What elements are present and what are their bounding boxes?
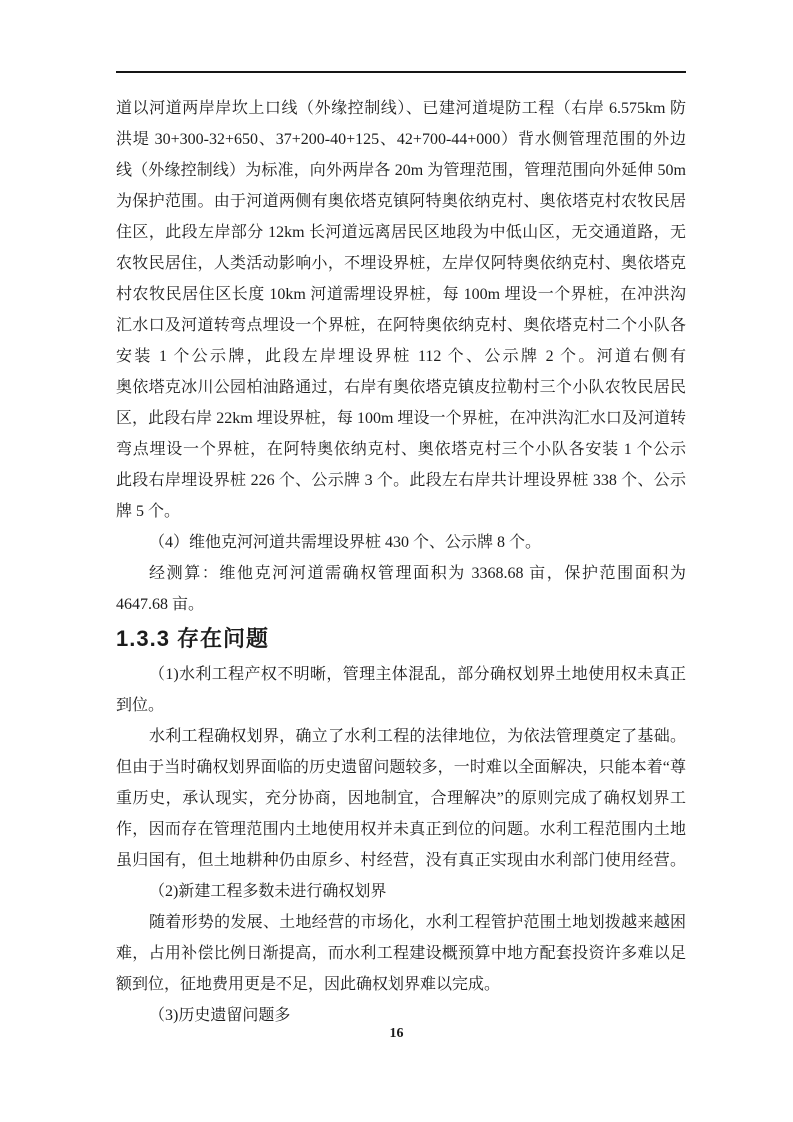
text-line: 区，此段右岸 22km 埋设界桩，每 100m 埋设一个界桩，在冲洪沟汇水口及河…: [116, 403, 686, 434]
text-line: 为保护范围。由于河道两侧有奥依塔克镇阿特奥依纳克村、奥依塔克村农牧民居: [116, 186, 686, 217]
text-line: 4647.68 亩。: [116, 589, 686, 620]
text-line: 线（外缘控制线）为标准，向外两岸各 20m 为管理范围，管理范围向外延伸 50m: [116, 155, 686, 186]
text-line: （4）维他克河河道共需埋设界桩 430 个、公示牌 8 个。: [116, 527, 686, 558]
text-line: 奥依塔克冰川公园柏油路通过，右岸有奥依塔克镇皮拉勒村三个小队农牧民居民: [116, 372, 686, 403]
text-line: 到位。: [116, 690, 686, 721]
text-line: 道以河道两岸岸坎上口线（外缘控制线）、已建河道堤防工程（右岸 6.575km 防: [116, 93, 686, 124]
text-line: 牌 5 个。: [116, 496, 686, 527]
text-line: 此段右岸埋设界桩 226 个、公示牌 3 个。此段左右岸共计埋设界桩 338 个…: [116, 465, 686, 496]
text-line: 重历史，承认现实，充分协商，因地制宜，合理解决”的原则完成了确权划界工: [116, 783, 686, 814]
text-line: 额到位，征地费用更是不足，因此确权划界难以完成。: [116, 969, 686, 1000]
document-page: 道以河道两岸岸坎上口线（外缘控制线）、已建河道堤防工程（右岸 6.575km 防…: [0, 0, 793, 1122]
text-line: 住区，此段左岸部分 12km 长河道远离居民区地段为中低山区，无交通道路，无: [116, 217, 686, 248]
page-number: 16: [390, 1026, 404, 1041]
header-rule: [116, 71, 686, 73]
text-line: 难，占用补偿比例日渐提高，而水利工程建设概预算中地方配套投资许多难以足: [116, 938, 686, 969]
text-line: 村农牧民居住区长度 10km 河道需埋设界桩，每 100m 埋设一个界桩，在冲洪…: [116, 279, 686, 310]
text-line: 洪堤 30+300-32+650、37+200-40+125、42+700-44…: [116, 124, 686, 155]
section-heading: 1.3.3 存在问题: [116, 624, 686, 654]
text-line: 作，因而存在管理范围内土地使用权并未真正到位的问题。水利工程范围内土地: [116, 814, 686, 845]
text-line: 汇水口及河道转弯点埋设一个界桩，在阿特奥依纳克村、奥依塔克村二个小队各: [116, 310, 686, 341]
page-body: 道以河道两岸岸坎上口线（外缘控制线）、已建河道堤防工程（右岸 6.575km 防…: [116, 93, 686, 1031]
text-line: 安装 1 个公示牌，此段左岸埋设界桩 112 个、公示牌 2 个。河道右侧有 G…: [116, 341, 686, 372]
text-line: 弯点埋设一个界桩，在阿特奥依纳克村、奥依塔克村三个小队各安装 1 个公示牌，: [116, 434, 686, 465]
text-line: 农牧民居住，人类活动影响小，不埋设界桩，左岸仅阿特奥依纳克村、奥依塔克: [116, 248, 686, 279]
text-line: （2)新建工程多数未进行确权划界: [116, 876, 686, 907]
text-line: 经测算：维他克河河道需确权管理面积为 3368.68 亩，保护范围面积为: [116, 558, 686, 589]
text-line: 虽归国有，但土地耕种仍由原乡、村经营，没有真正实现由水利部门使用经营。: [116, 845, 686, 876]
text-line: （1)水利工程产权不明晰，管理主体混乱，部分确权划界土地使用权未真正: [116, 659, 686, 690]
text-line: 但由于当时确权划界面临的历史遗留问题较多，一时难以全面解决，只能本着“尊: [116, 752, 686, 783]
text-line: 随着形势的发展、土地经营的市场化，水利工程管护范围土地划拨越来越困: [116, 907, 686, 938]
text-line: 水利工程确权划界，确立了水利工程的法律地位，为依法管理奠定了基础。: [116, 721, 686, 752]
page-footer: 16: [0, 1024, 793, 1042]
